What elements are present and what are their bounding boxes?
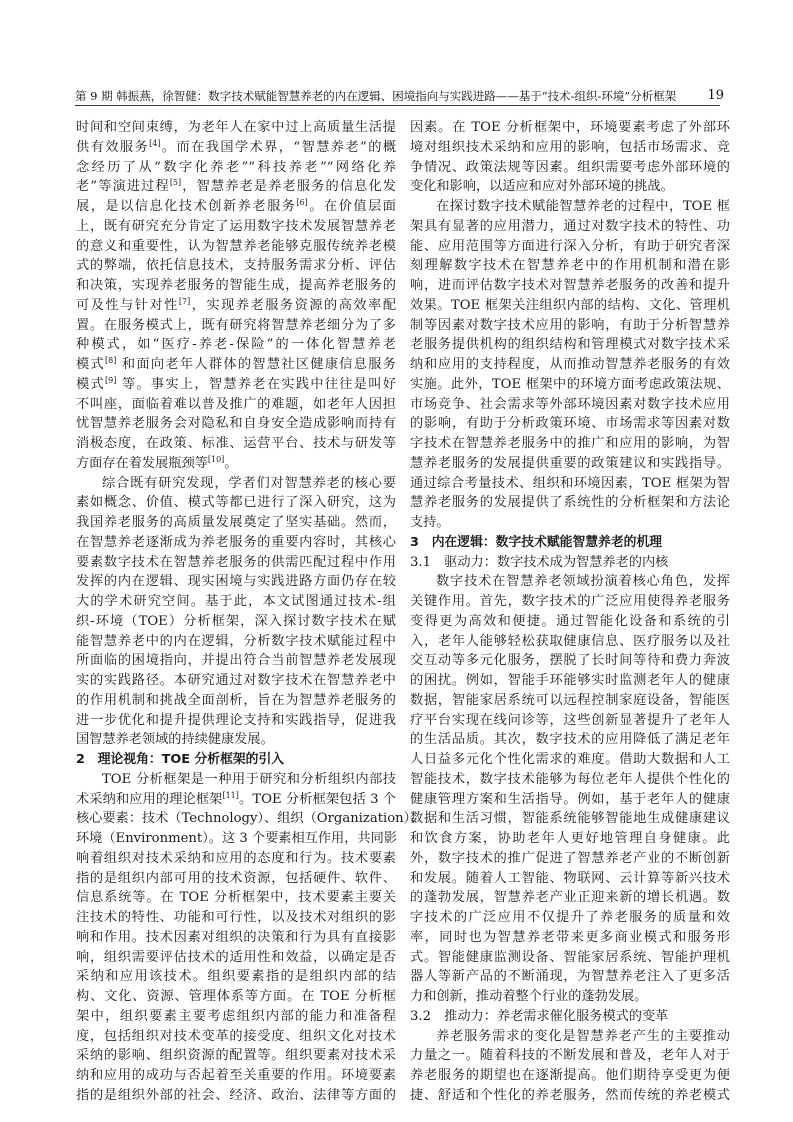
text-line: 可及性与针对性[7]，实现养老服务资源的高效率配 [76, 296, 396, 316]
citation-marker: [7] [179, 297, 190, 306]
text-line: 的作用机制和挑战全面剖析，旨在为智慧养老服务的 [76, 691, 396, 711]
text-line: 字技术的广泛应用不仅提升了养老服务的质量和效 [410, 908, 730, 928]
header-rule [75, 105, 720, 106]
text-line: 在智慧养老逐渐成为养老服务的重要内容时，其核心 [76, 533, 396, 553]
text-line: 境对组织技术采纳和应用的影响，包括市场需求、竞 [410, 138, 730, 158]
text-line: 指的是组织外部的社会、经济、政治、法律等方面的 [76, 1086, 396, 1106]
text-line: 大的学术研究空间。基于此，本文试图通过技术-组 [76, 592, 396, 612]
text-line: 指的是组织内部可用的技术资源，包括硬件、软件、 [76, 869, 396, 889]
text-line: 不叫座，面临着难以普及推广的难题，如老年人因担 [76, 395, 396, 415]
text-line: 养老服务的期望也在逐渐提高。他们期待享受更为便 [410, 1066, 730, 1086]
text-line: 置。在服务模式上，既有研究将智慧养老细分为了多 [76, 316, 396, 336]
text-line: 核心要素：技术（Technology）、组织（Organization）、 [76, 809, 396, 829]
text-line: 发挥的内在逻辑、现实困境与实践进路方面仍存在较 [76, 572, 396, 592]
text-line: 通过综合考量技术、组织和环境因素，TOE 框架为智 [410, 474, 730, 494]
text-line: 健康管理方案和生活指导。例如，基于老年人的健康 [410, 790, 730, 810]
text-line: 响，组织需要评估技术的适用性和效益，以确定是否 [76, 948, 396, 968]
text-line: 构、文化、资源、管理体系等方面。在 TOE 分析框 [76, 987, 396, 1007]
citation-marker: [9] [105, 376, 116, 385]
text-line: 素如概念、价值、模式等都已进行了深入研究，这为 [76, 493, 396, 513]
text-line: 响和作用。技术因素对组织的决策和行为具有直接影 [76, 928, 396, 948]
left-column: 时间和空间束缚，为老年人在家中过上高质量生活提供有效服务[4]。而在我国学术界，… [76, 118, 396, 1106]
text-line: 和发展。随着人工智能、物联网、云计算等新兴技术 [410, 869, 730, 889]
text-line: 力和创新，推动着整个行业的蓬勃发展。 [410, 987, 730, 1007]
text-line: 模式[8] 和面向老年人群体的智慧社区健康信息服务 [76, 355, 396, 375]
text-line: 人日益多元化个性化需求的难度。借助大数据和人工 [410, 750, 730, 770]
text-line: 架具有显著的应用潜力，通过对数字技术的特性、功 [410, 217, 730, 237]
text-line: 支持。 [410, 513, 730, 533]
text-line: 慧养老服务的发展提供重要的政策建议和实践指导。 [410, 454, 730, 474]
text-line: 织-环境（TOE）分析框架，深入探讨数字技术在赋 [76, 612, 396, 632]
running-head-text: 第 9 期 韩振燕，徐智健：数字技术赋能智慧养老的内在逻辑、困境指向与实践进路—… [75, 89, 676, 103]
citation-marker: [5] [170, 178, 181, 187]
text-line: 器人等新产品的不断涌现，为智慧养老注入了更多活 [410, 967, 730, 987]
text-line: 架中，组织要素主要考虑组织内部的能力和准备程 [76, 1007, 396, 1027]
text-line: 纳和应用的支持程度，从而推动智慧养老服务的有效 [410, 355, 730, 375]
citation-marker: [8] [105, 356, 116, 365]
section-heading: 2 理论视角：TOE 分析框架的引入 [76, 750, 396, 770]
text-line: 进一步优化和提升提供理论支持和实践指导，促进我 [76, 711, 396, 731]
text-line: 制等因素对数字技术应用的影响，有助于分析智慧养 [410, 316, 730, 336]
text-line: 力量之一。随着科技的不断发展和普及，老年人对于 [410, 1046, 730, 1066]
text-line: 老服务提供机构的组织结构和管理模式对数字技术采 [410, 335, 730, 355]
text-line: 的蓬勃发展，智慧养老产业正迎来新的增长机遇。数 [410, 888, 730, 908]
text-line: 式的弊端，依托信息技术，支持服务需求分析、评估 [76, 256, 396, 276]
text-line: 所面临的困境指向，并提出符合当前智慧养老发展现 [76, 651, 396, 671]
text-line: 实施。此外，TOE 框架中的环境方面考虑政策法规、 [410, 375, 730, 395]
text-line: 实的实践路径。本研究通过对数字技术在智慧养老中 [76, 671, 396, 691]
text-line: 采纳的影响、组织资源的配置等。组织要素对技术采 [76, 1046, 396, 1066]
text-line: 刻理解数字技术在智慧养老中的作用机制和潜在影 [410, 256, 730, 276]
text-line: 的生活品质。其次，数字技术的应用降低了满足老年 [410, 730, 730, 750]
text-line: 养老服务需求的变化是智慧养老产生的主要推动 [410, 1027, 730, 1047]
text-line: 环境（Environment）。这 3 个要素相互作用，共同影 [76, 829, 396, 849]
text-line: 的影响，有助于分析政策环境、市场需求等因素对数 [410, 414, 730, 434]
text-line: 率，同时也为智慧养老带来更多商业模式和服务形 [410, 928, 730, 948]
text-line: 变化和影响，以适应和应对外部环境的挑战。 [410, 177, 730, 197]
text-line: 因素。在 TOE 分析框架中，环境要素考虑了外部环 [410, 118, 730, 138]
text-line: 注技术的特性、功能和可行性，以及技术对组织的影 [76, 908, 396, 928]
text-line: 慧养老服务的发展提供了系统性的分析框架和方法论 [410, 493, 730, 513]
right-column: 因素。在 TOE 分析框架中，环境要素考虑了外部环境对组织技术采纳和应用的影响，… [410, 118, 730, 1106]
text-line: 供有效服务[4]。而在我国学术界，“智慧养老”的概 [76, 138, 396, 158]
text-line: 在探讨数字技术赋能智慧养老的过程中，TOE 框 [410, 197, 730, 217]
text-line: 争情况、政策法规等因素。组织需要考虑外部环境的 [410, 158, 730, 178]
text-line: 市场竞争、社会需求等外部环境因素对数字技术应用 [410, 395, 730, 415]
citation-marker: [11] [222, 791, 238, 800]
text-line: 响，进而评估数字技术对智慧养老服务的改善和提升 [410, 276, 730, 296]
text-line: 能、应用范围等方面进行深入分析，有助于研究者深 [410, 237, 730, 257]
text-line: 度，包括组织对技术变革的接受度、组织文化对技术 [76, 1027, 396, 1047]
text-line: 变得更为高效和便捷。通过智能化设备和系统的引 [410, 612, 730, 632]
section-heading: 3 内在逻辑：数字技术赋能智慧养老的机理 [410, 533, 730, 553]
text-line: 要素数字技术在智慧养老服务的供需匹配过程中作用 [76, 553, 396, 573]
text-line: 数据，智能家居系统可以远程控制家庭设备，智能医 [410, 691, 730, 711]
text-line: 关键作用。首先，数字技术的广泛应用使得养老服务 [410, 592, 730, 612]
text-line: 信息系统等。在 TOE 分析框架中，技术要素主要关 [76, 888, 396, 908]
text-line: 的困扰。例如，智能手环能够实时监测老年人的健康 [410, 671, 730, 691]
text-line: 入，老年人能够轻松获取健康信息、医疗服务以及社 [410, 632, 730, 652]
text-line: 时间和空间束缚，为老年人在家中过上高质量生活提 [76, 118, 396, 138]
text-line: 术采纳和应用的理论框架[11]。TOE 分析框架包括 3 个 [76, 790, 396, 810]
text-line: 和决策，实现养老服务的智能生成，提高养老服务的 [76, 276, 396, 296]
citation-marker: [10] [208, 455, 224, 464]
text-line: 模式[9] 等。事实上，智慧养老在实践中往往是叫好 [76, 375, 396, 395]
text-line: 的意义和重要性，认为智慧养老能够克服传统养老模 [76, 237, 396, 257]
text-line: 字技术在智慧养老服务中的推广和应用的影响，为智 [410, 434, 730, 454]
text-line: 外，数字技术的推广促进了智慧养老产业的不断创新 [410, 849, 730, 869]
text-line: 能智慧养老中的内在逻辑，分析数字技术赋能过程中 [76, 632, 396, 652]
text-line: 采纳和应用该技术。组织要素指的是组织内部的结 [76, 967, 396, 987]
text-line: 捷、舒适和个性化的养老服务，然而传统的养老模式 [410, 1086, 730, 1106]
text-line: 消极态度，在政策、标准、运营平台、技术与研发等 [76, 434, 396, 454]
subsection-heading: 3.2 推动力：养老需求催化服务模式的变革 [410, 1007, 730, 1027]
text-line: 念经历了从“数字化养老”“科技养老”“网络化养 [76, 158, 396, 178]
citation-marker: [6] [296, 198, 307, 207]
text-line: 我国养老服务的高质量发展奠定了坚实基础。然而， [76, 513, 396, 533]
text-line: 疗平台实现在线问诊等，这些创新显著提升了老年人 [410, 711, 730, 731]
text-line: 数字技术在智慧养老领域扮演着核心角色，发挥 [410, 572, 730, 592]
text-line: 交互动等多元化服务，摆脱了长时间等待和费力奔波 [410, 651, 730, 671]
text-line: 展，是以信息化技术创新养老服务[6]。在价值层面 [76, 197, 396, 217]
text-line: 式。智能健康监测设备、智能家居系统、智能护理机 [410, 948, 730, 968]
text-line: 纳和应用的成功与否起着至关重要的作用。环境要素 [76, 1066, 396, 1086]
text-line: 忧智慧养老服务会对隐私和自身安全造成影响而持有 [76, 414, 396, 434]
text-line: 综合既有研究发现，学者们对智慧养老的核心要 [76, 474, 396, 494]
text-line: 效果。TOE 框架关注组织内部的结构、文化、管理机 [410, 296, 730, 316]
text-line: 数据和生活习惯，智能系统能够智能地生成健康建议 [410, 809, 730, 829]
text-line: 和饮食方案，协助老年人更好地管理自身健康。此 [410, 829, 730, 849]
subsection-heading: 3.1 驱动力：数字技术成为智慧养老的内核 [410, 553, 730, 573]
page-number: 19 [707, 87, 724, 105]
text-line: 种模式，如“医疗-养老-保险”的一体化智慧养老 [76, 335, 396, 355]
text-line: 上，既有研究充分肯定了运用数字技术发展智慧养老 [76, 217, 396, 237]
text-line: 智能技术，数字技术能够为每位老年人提供个性化的 [410, 770, 730, 790]
text-line: 老”等演进过程[5]，智慧养老是养老服务的信息化发 [76, 177, 396, 197]
running-head: 第 9 期 韩振燕，徐智健：数字技术赋能智慧养老的内在逻辑、困境指向与实践进路—… [75, 87, 720, 105]
citation-marker: [4] [149, 139, 160, 148]
text-line: 方面存在着发展瓶颈等[10]。 [76, 454, 396, 474]
text-line: 响着组织对技术采纳和应用的态度和行为。技术要素 [76, 849, 396, 869]
text-line: 国智慧养老领域的持续健康发展。 [76, 730, 396, 750]
text-line: TOE 分析框架是一种用于研究和分析组织内部技 [76, 770, 396, 790]
